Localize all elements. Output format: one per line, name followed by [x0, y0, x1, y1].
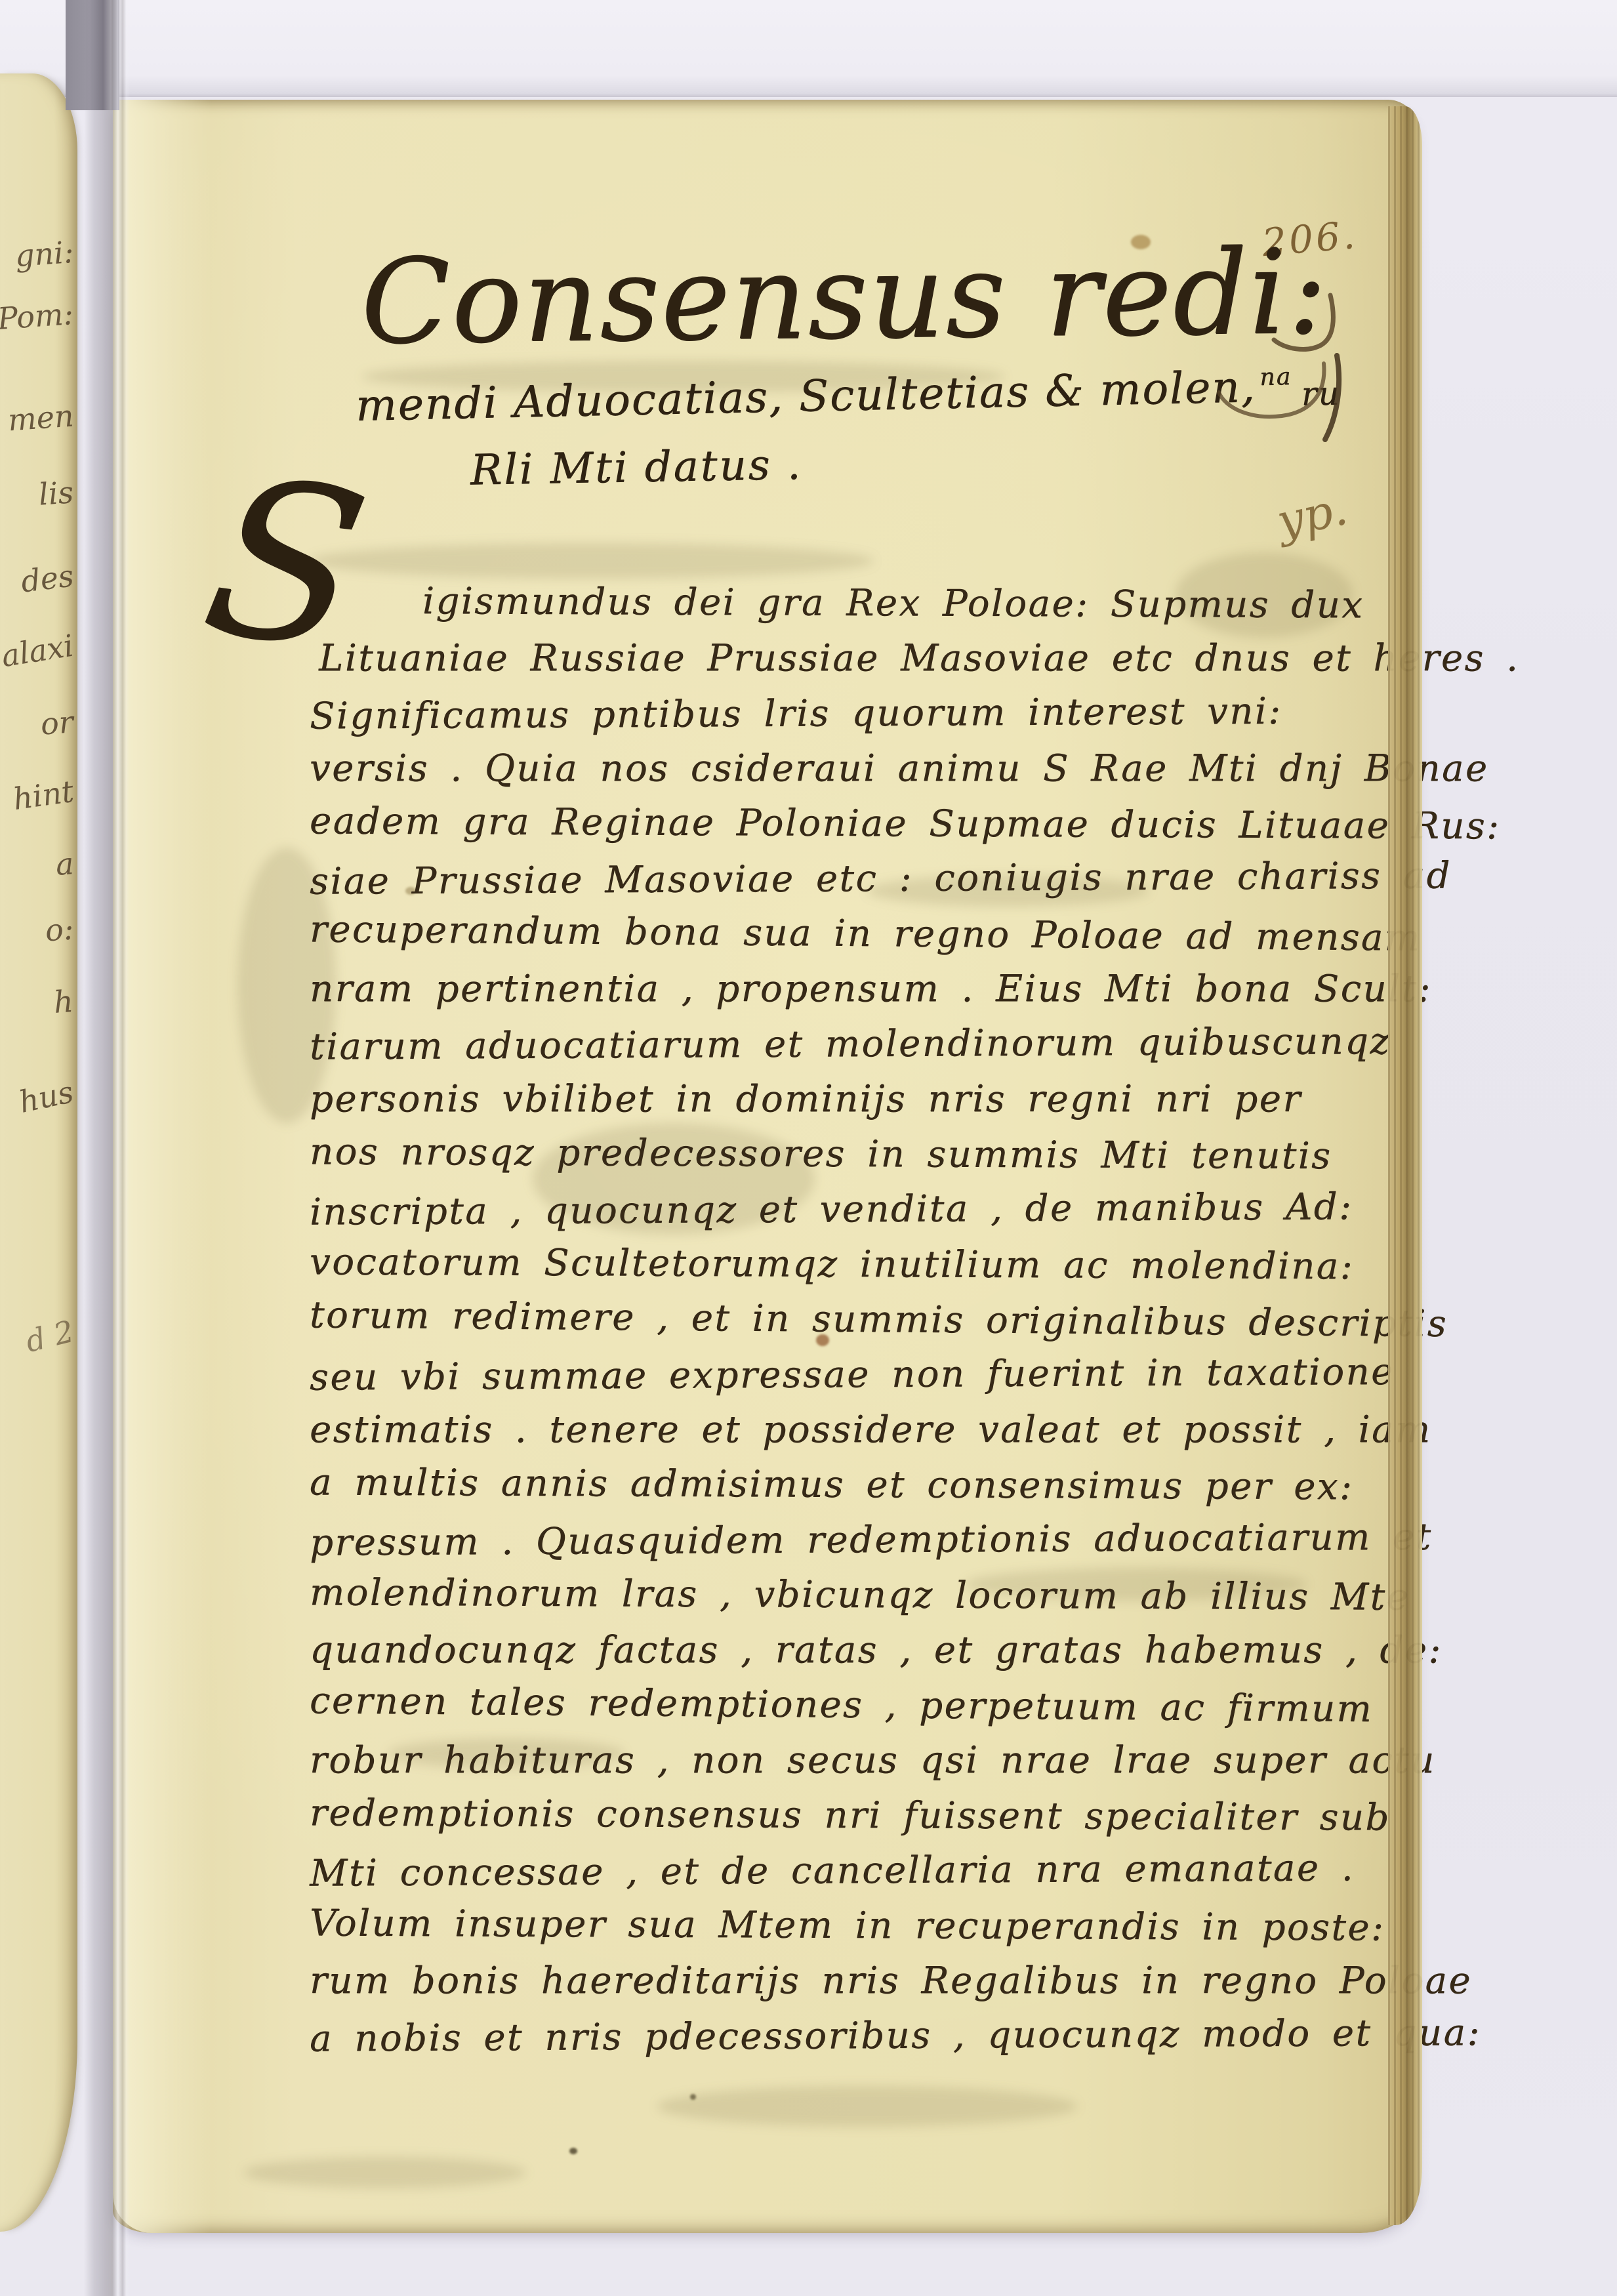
- body-text: igismundus dei gra Rex Poloae: Supmus du…: [310, 576, 1438, 2064]
- facing-page-fragment: or: [39, 704, 74, 741]
- manuscript-line: Volum insuper sua Mtem in recuperandis i…: [310, 1896, 1438, 1956]
- manuscript-line: cernen tales redemptiones , perpetuum ac…: [310, 1673, 1439, 1738]
- facing-page-fragment: alaxi: [0, 628, 76, 674]
- facing-page-fragment: hus: [16, 1074, 76, 1120]
- manuscript-line: rum bonis haereditarijs nris Regalibus i…: [310, 1954, 1438, 2009]
- flourish-mark: [1182, 277, 1392, 474]
- manuscript-line: seu vbi summae expressae non fuerint in …: [310, 1344, 1438, 1405]
- facing-page-fragment: lis: [37, 474, 75, 512]
- manuscript-line: estimatis . tenere et possidere valeat e…: [310, 1403, 1438, 1458]
- manuscript-line: torum redimere , et in summis originalib…: [310, 1288, 1439, 1352]
- facing-page-fragment: men: [7, 398, 75, 438]
- manuscript-line: nram pertinentia , propensum . Eius Mti …: [310, 962, 1438, 1017]
- backing-sheet-edge: [0, 0, 1617, 97]
- manuscript-line: Mti concessae , et de cancellaria nra em…: [310, 1840, 1438, 1901]
- facing-page-edge: gni: Pom: men lis des alaxi or hint a o:…: [0, 73, 77, 2232]
- ink-stain: [569, 2148, 577, 2154]
- facing-page-fragment: h: [53, 983, 75, 1020]
- manuscript-line: pressum . Quasquidem redemptionis aduoca…: [310, 1509, 1438, 1570]
- manuscript-line: Lituaniae Russiae Prussiae Masoviae etc …: [310, 631, 1438, 686]
- manuscript-line: a nobis et nris pdecessoribus , quocunqz…: [310, 2005, 1438, 2066]
- manuscript-line: versis . Quia nos csideraui animu S Rae …: [310, 741, 1438, 796]
- book-fore-edge: [1388, 106, 1422, 2225]
- manuscript-line: Significamus pntibus lris quorum interes…: [310, 683, 1438, 744]
- manuscript-page: 206. Consensus redi: mendi Aduocatias, S…: [113, 100, 1420, 2233]
- manuscript-line: personis vbilibet in dominijs nris regni…: [310, 1072, 1438, 1127]
- manuscript-line: recuperandum bona sua in regno Poloae ad…: [310, 902, 1439, 966]
- manuscript-line: igismundus dei gra Rex Poloae: Supmus du…: [310, 573, 1438, 634]
- title-line-3: Rli Mti datus .: [470, 441, 802, 495]
- manuscript-line: a multis annis admisimus et consensimus …: [310, 1455, 1438, 1515]
- facing-page-fragment: o:: [44, 911, 75, 949]
- facing-page-fragment: gni:: [14, 234, 75, 274]
- manuscript-line: quandocunqz factas , ratas , et gratas h…: [310, 1623, 1438, 1678]
- facing-page-fragment: Pom:: [0, 296, 75, 337]
- paraph-mark: yp.: [1273, 482, 1352, 548]
- manuscript-line: inscripta , quocunqz et vendita , de man…: [310, 1179, 1438, 1240]
- manuscript-line: vocatorum Scultetorumqz inutilium ac mol…: [310, 1235, 1438, 1295]
- facing-page-fragment: d 2: [22, 1313, 77, 1359]
- facing-page-fragment: hint: [10, 773, 75, 817]
- manuscript-line: tiarum aduocatiarum et molendinorum quib…: [310, 1014, 1438, 1075]
- manuscript-line: siae Prussiae Masoviae etc : coniugis nr…: [310, 848, 1438, 909]
- manuscript-line: robur habituras , non secus qsi nrae lra…: [310, 1733, 1438, 1788]
- manuscript-line: redemptionis consensus nri fuissent spec…: [310, 1786, 1438, 1846]
- manuscript-line: eadem gra Reginae Poloniae Supmae ducis …: [310, 794, 1438, 854]
- bleedthrough-smudge: [657, 2086, 1077, 2127]
- facing-page-fragment: a: [54, 846, 75, 882]
- manuscript-line: molendinorum lras , vbicunqz locorum ab …: [310, 1565, 1438, 1626]
- facing-page-fragment: des: [19, 558, 75, 599]
- glass-rod: [84, 0, 130, 2296]
- bleedthrough-smudge: [244, 2157, 526, 2188]
- manuscript-line: nos nrosqz predecessores in summis Mti t…: [310, 1124, 1438, 1185]
- scan-background: gni: Pom: men lis des alaxi or hint a o:…: [0, 0, 1617, 2296]
- ink-stain: [690, 2094, 696, 2100]
